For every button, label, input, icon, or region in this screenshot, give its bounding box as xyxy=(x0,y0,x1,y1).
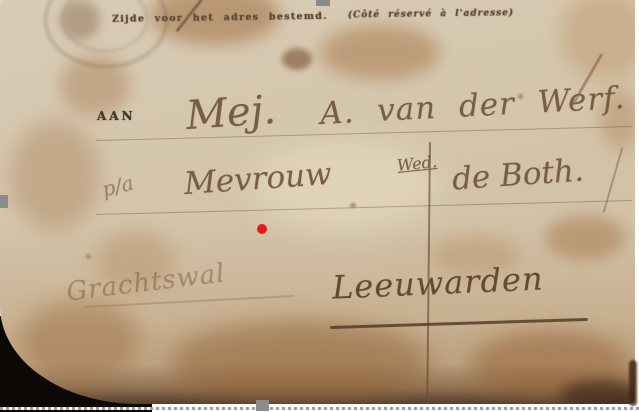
selection-handle-bottom[interactable] xyxy=(256,400,269,411)
photo-viewer-canvas: Zijde voor het adres bestemd. (Côté rése… xyxy=(0,0,639,412)
paper-stain xyxy=(320,25,440,80)
printed-header-french: (Côté réservé à l'adresse) xyxy=(348,8,515,21)
selection-handle-top[interactable] xyxy=(316,0,330,6)
paper-stain xyxy=(10,120,100,230)
paper-stain xyxy=(20,300,140,380)
recipient-title: Mej. xyxy=(185,87,278,139)
paper-stain xyxy=(560,380,635,404)
selection-handle-left[interactable] xyxy=(0,195,8,208)
selection-marching-ants-bottom xyxy=(0,407,639,410)
paper-stain xyxy=(86,254,91,259)
care-of-name: de Both. xyxy=(451,152,585,197)
postcard-photo[interactable]: Zijde voor het adres bestemd. (Côté rése… xyxy=(0,0,635,404)
aan-label: AAN xyxy=(97,109,136,123)
city-underline xyxy=(330,318,588,329)
paper-stain xyxy=(545,215,625,260)
paper-stain xyxy=(170,320,430,404)
care-of-mark: p/a xyxy=(100,171,136,202)
paper-stain xyxy=(560,0,635,80)
city-name: Leeuwarden xyxy=(331,259,544,306)
paper-stain xyxy=(282,48,312,70)
ink-flourish xyxy=(603,147,624,213)
card-edge-shadow xyxy=(629,360,637,406)
click-indicator-dot xyxy=(257,224,267,234)
printed-header-dutch: Zijde voor het adres bestemd. xyxy=(112,11,328,25)
